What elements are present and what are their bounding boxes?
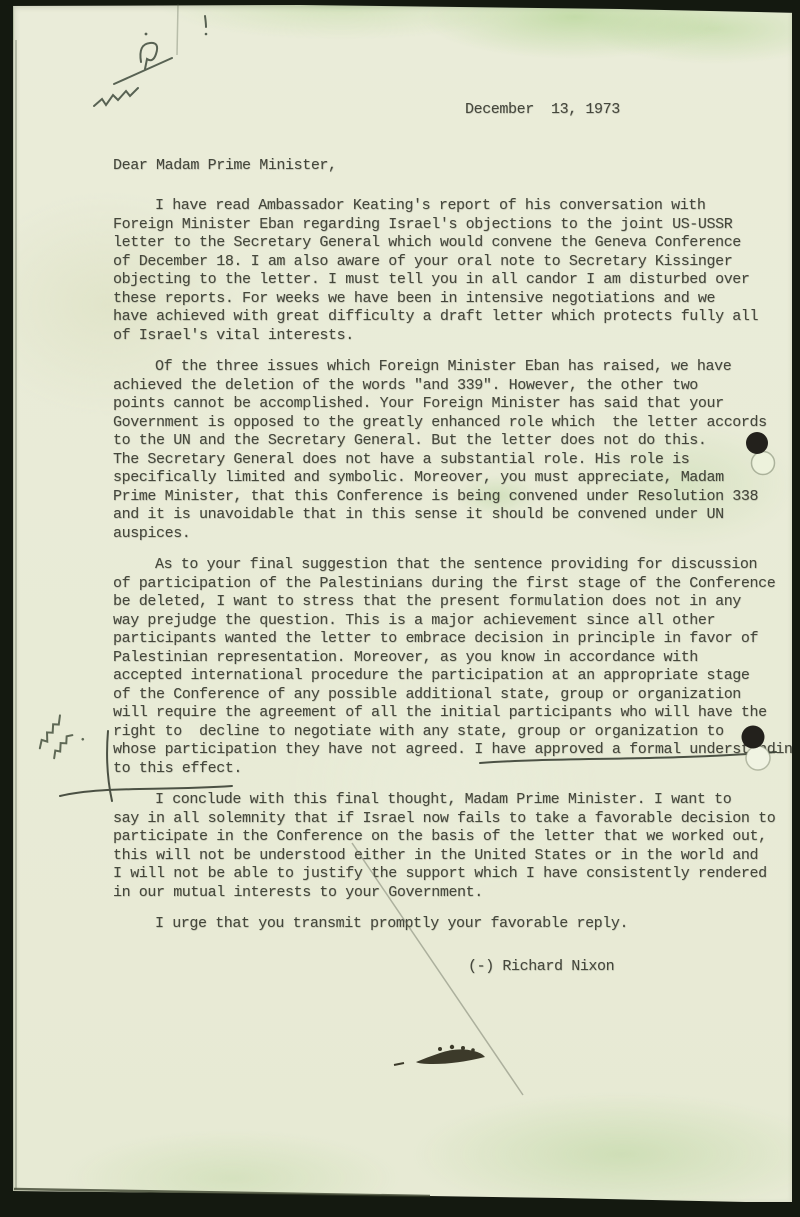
letter-line: be deleted, I want to stress that the pr… (113, 593, 792, 612)
letter-line: auspices. (113, 525, 792, 544)
letter-line: to this effect. (113, 760, 792, 779)
letter-line: points cannot be accomplished. Your Fore… (113, 395, 792, 414)
letter-line: of Israel's vital interests. (113, 327, 792, 346)
letter-line: As to your final suggestion that the sen… (113, 556, 792, 575)
letter-line: of participation of the Palestinians dur… (113, 575, 792, 594)
letter-line: I conclude with this final thought, Mada… (113, 791, 792, 810)
salutation: Dear Madam Prime Minister, (113, 157, 337, 174)
letter-line: I urge that you transmit promptly your f… (113, 915, 792, 934)
letter-line: I will not be able to justify the suppor… (113, 865, 792, 884)
letter-line: right to decline to negotiate with any s… (113, 723, 792, 742)
letter-text-layer: December 13, 1973 Dear Madam Prime Minis… (0, 0, 792, 1217)
letter-line: The Secretary General does not have a su… (113, 451, 792, 470)
letter-line: say in all solemnity that if Israel now … (113, 810, 792, 829)
letter-line: of the Conference of any possible additi… (113, 686, 792, 705)
signature: (-) Richard Nixon (468, 958, 614, 975)
letter-line: these reports. For weeks we have been in… (113, 290, 792, 309)
letter-line: objecting to the letter. I must tell you… (113, 271, 792, 290)
letter-line: to the UN and the Secretary General. But… (113, 432, 792, 451)
letter-line: achieved the deletion of the words "and … (113, 377, 792, 396)
letter-line: specifically limited and symbolic. Moreo… (113, 469, 792, 488)
letter-line: Prime Minister, that this Conference is … (113, 488, 792, 507)
paragraph: I urge that you transmit promptly your f… (113, 915, 792, 934)
paragraph: I have read Ambassador Keating's report … (113, 197, 792, 345)
letter-body: I have read Ambassador Keating's report … (113, 197, 792, 947)
letter-line: way prejudge the question. This is a maj… (113, 612, 792, 631)
letter-line: participate in the Conference on the bas… (113, 828, 792, 847)
letter-line: Foreign Minister Eban regarding Israel's… (113, 216, 792, 235)
letter-line: Palestinian representation. Moreover, as… (113, 649, 792, 668)
letter-date: December 13, 1973 (465, 101, 620, 118)
letter-line: Government is opposed to the greatly enh… (113, 414, 792, 433)
letter-line: this will not be understood either in th… (113, 847, 792, 866)
letter-line: in our mutual interests to your Governme… (113, 884, 792, 903)
paragraph: As to your final suggestion that the sen… (113, 556, 792, 778)
letter-line: whose participation they have not agreed… (113, 741, 792, 760)
letter-line: and it is unavoidable that in this sense… (113, 506, 792, 525)
paragraph: I conclude with this final thought, Mada… (113, 791, 792, 902)
letter-line: Of the three issues which Foreign Minist… (113, 358, 792, 377)
letter-line: participants wanted the letter to embrac… (113, 630, 792, 649)
letter-line: accepted international procedure the par… (113, 667, 792, 686)
paragraph: Of the three issues which Foreign Minist… (113, 358, 792, 543)
letter-line: of December 18. I am also aware of your … (113, 253, 792, 272)
letter-line: will require the agreement of all the in… (113, 704, 792, 723)
letter-line: have achieved with great difficulty a dr… (113, 308, 792, 327)
letter-line: letter to the Secretary General which wo… (113, 234, 792, 253)
letter-line: I have read Ambassador Keating's report … (113, 197, 792, 216)
